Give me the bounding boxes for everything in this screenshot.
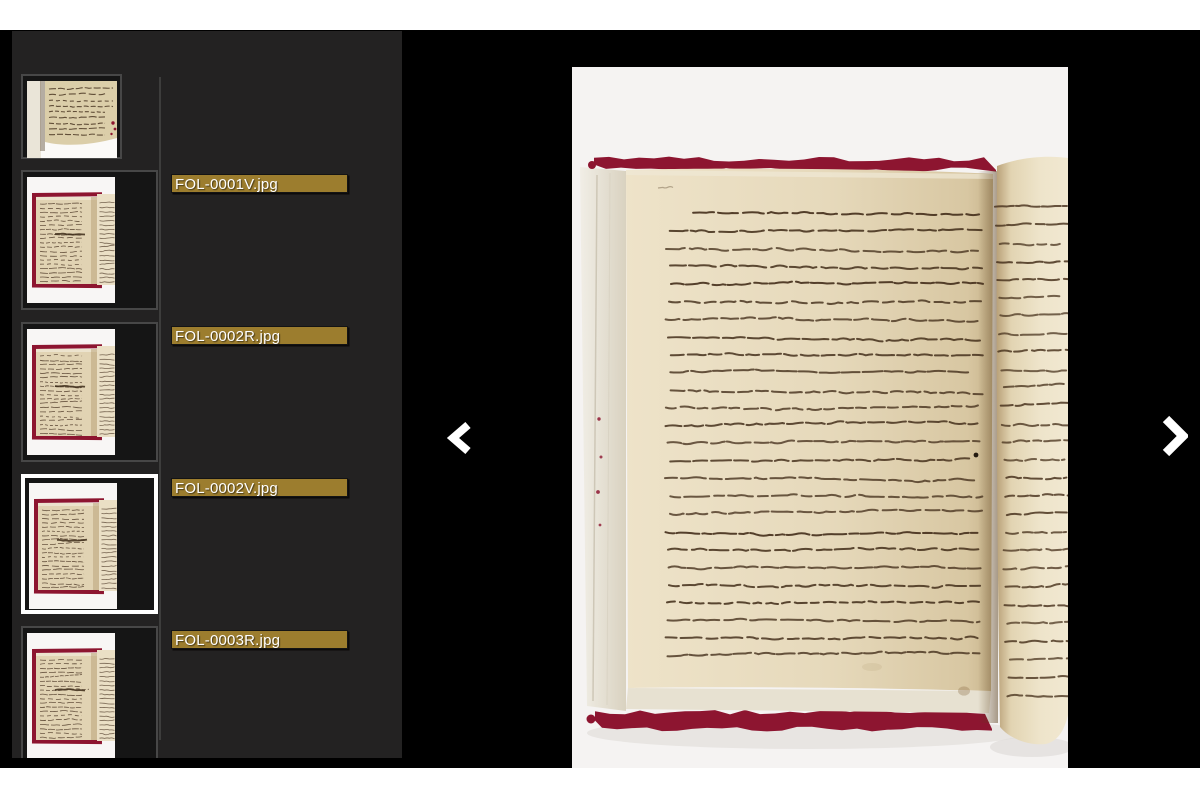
- thumbnail-image: [29, 483, 117, 609]
- viewer: FOL-0001V.jpgFOL-0002R.jpgFOL-0002V.jpgF…: [0, 30, 1200, 768]
- thumbnail-list: FOL-0001V.jpgFOL-0002R.jpgFOL-0002V.jpgF…: [12, 31, 402, 758]
- chevron-left-icon: [447, 422, 471, 454]
- thumbnail-image: [27, 81, 117, 158]
- prev-page-button[interactable]: [442, 418, 476, 458]
- filename-badge[interactable]: FOL-0003R.jpg: [171, 630, 348, 649]
- next-page-button[interactable]: [1157, 412, 1193, 460]
- filename-badge[interactable]: FOL-0002R.jpg: [171, 326, 348, 345]
- thumbnail-image: [27, 177, 115, 303]
- thumbnail-item[interactable]: [21, 322, 158, 462]
- thumbnail-image: [27, 329, 115, 455]
- thumbnail-item[interactable]: [21, 474, 158, 614]
- thumbnail-image: [27, 633, 115, 758]
- thumbnail-item[interactable]: [21, 170, 158, 310]
- filename-badge[interactable]: FOL-0002V.jpg: [171, 478, 348, 497]
- chevron-right-icon: [1162, 415, 1188, 457]
- manuscript-photo: [572, 67, 1068, 768]
- thumbnail-sidebar: FOL-0001V.jpgFOL-0002R.jpgFOL-0002V.jpgF…: [12, 31, 402, 758]
- filename-badge[interactable]: FOL-0001V.jpg: [171, 174, 348, 193]
- thumbnail-item[interactable]: [21, 74, 122, 159]
- thumbnail-item[interactable]: [21, 626, 158, 758]
